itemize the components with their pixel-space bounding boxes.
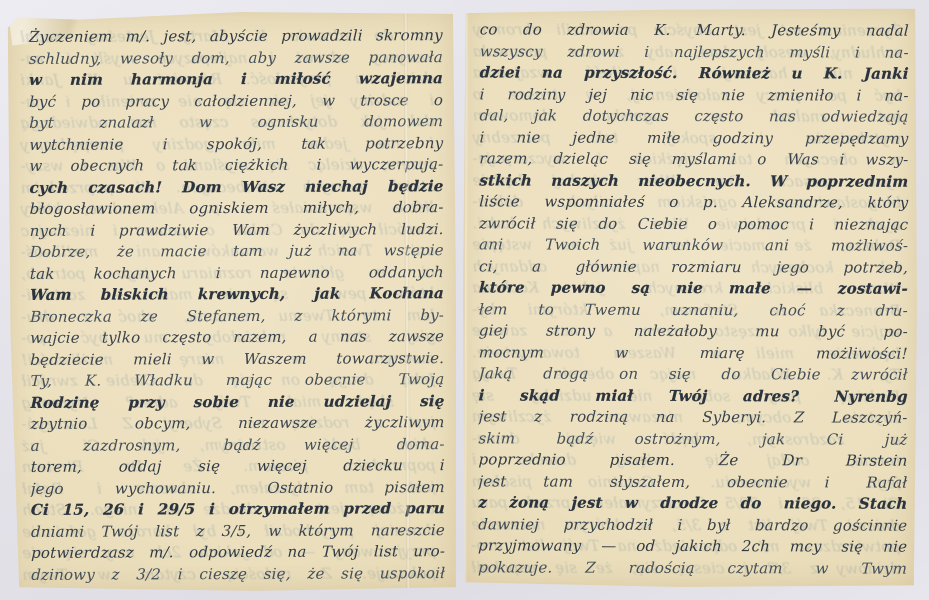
handwriting-line: potwierdzasz m/. odpowiedź na Twój list … bbox=[31, 541, 446, 564]
handwriting-line: Broneczka ze Stefanem, z którymi by- bbox=[30, 305, 445, 328]
handwriting-line: ani Twoich warunków ani możliwoś- bbox=[479, 234, 909, 257]
handwriting-line: łem to Twemu uznaniu, choć z dru- bbox=[479, 299, 909, 322]
handwriting-line: jest tam słyszałem, obecnie i Rafał bbox=[478, 471, 908, 494]
handwriting-line: w nim harmonja i miłość wzajemna bbox=[29, 68, 444, 91]
handwriting-line: zwrócił się do Ciebie o pomoc i nieznają… bbox=[479, 213, 909, 236]
handwriting-line: błogosławionem ogniskiem miłych, dobra- bbox=[29, 197, 444, 220]
handwriting-line: Ci 15, 26 i 29/5 i otrzymałem przed paru bbox=[31, 498, 446, 521]
handwriting-line: byt znalazł w ognisku domowem bbox=[29, 111, 444, 134]
handwriting-page-1: Życzeniem m/. jest, abyście prowadzili s… bbox=[8, 11, 458, 592]
letter-page-2: Życzeniem m/. jest, abyście prowadzili s… bbox=[462, 7, 918, 587]
handwriting-page-2: co do zdrowia K. Marty. Jesteśmy nadalws… bbox=[462, 7, 918, 587]
handwriting-line: dniami Twój list z 3/5, w którym nareszc… bbox=[31, 520, 446, 543]
handwriting-line: tak kochanych i napewno oddanych bbox=[30, 262, 445, 285]
handwriting-line: wajcie tylko często razem, a nas zawsze bbox=[30, 326, 445, 349]
handwriting-line: i skąd miał Twój adres? Nyrenbg bbox=[478, 385, 908, 408]
handwriting-line: wytchnienie i spokój, tak potrzebny bbox=[29, 133, 444, 156]
handwriting-line: dal, jak dotychczas często nas odwiedzaj… bbox=[479, 105, 909, 128]
handwriting-line: i nie jedne miłe godziny przepędzamy bbox=[479, 127, 909, 150]
handwriting-line: poprzednio pisałem. Że Dr Birstein bbox=[478, 449, 908, 472]
handwriting-line: być po pracy całodziennej, w trosce o bbox=[29, 90, 444, 113]
handwriting-line: dzinowy z 3/2 i cieszę się, że się uspok… bbox=[31, 563, 446, 586]
handwriting-line: Rodzinę przy sobie nie udzielaj się bbox=[30, 391, 445, 414]
handwriting-line: nych i prawdziwie Wam życzliwych ludzi. bbox=[29, 219, 444, 242]
handwriting-line: a zazdrosnym, bądź więcej doma- bbox=[30, 434, 445, 457]
handwriting-line: torem, oddaj się więcej dziecku i bbox=[30, 455, 445, 478]
handwriting-line: Dobrze, że macie tam już na wstępie bbox=[29, 240, 444, 263]
handwriting-line: skim bądź ostrożnym, jak Ci już bbox=[478, 428, 908, 451]
handwriting-line: liście wspomniałeś o p. Aleksandrze, któ… bbox=[479, 191, 909, 214]
handwriting-line: z żoną jest w drodze do niego. Stach bbox=[478, 492, 908, 515]
handwriting-line: będziecie mieli w Waszem towarzystwie. bbox=[30, 348, 445, 371]
handwriting-line: i rodziny jej nic się nie zmieniło i na- bbox=[479, 84, 909, 107]
handwriting-line: Wam bliskich krewnych, jak Kochana bbox=[30, 283, 445, 306]
letter-scan: co do zdrowia K. Marty. Jesteśmy nadalws… bbox=[0, 0, 929, 600]
handwriting-line: stkich naszych nieobecnych. W poprzednim bbox=[479, 170, 909, 193]
handwriting-line: co do zdrowia K. Marty. Jesteśmy nadal bbox=[479, 19, 909, 42]
letter-page-1: co do zdrowia K. Marty. Jesteśmy nadalws… bbox=[8, 11, 458, 592]
handwriting-line: ci, a głównie rozmiaru jego potrzeb, bbox=[479, 256, 909, 279]
handwriting-line: jego wychowaniu. Ostatnio pisałem bbox=[30, 477, 445, 500]
handwriting-line: Życzeniem m/. jest, abyście prowadzili s… bbox=[29, 25, 444, 48]
handwriting-line: pokazuje. Z radością czytam w Twym bbox=[478, 557, 908, 580]
handwriting-line: zbytnio obcym, niezawsze życzliwym bbox=[30, 412, 445, 435]
handwriting-line: przyjmowany — od jakich 2ch mcy się nie bbox=[478, 535, 908, 558]
handwriting-line: mocnym w miarę możliwości! bbox=[478, 342, 908, 365]
handwriting-line: które pewno są nie małe — zostawi- bbox=[479, 277, 909, 300]
handwriting-line: dawniej przychodził i był bardzo gościnn… bbox=[478, 514, 908, 537]
handwriting-line: wszyscy zdrowi i najlepszych myśli i na- bbox=[479, 41, 909, 64]
handwriting-line: schludny, wesoły dom, aby zawsze panował… bbox=[29, 47, 444, 70]
handwriting-line: Ty, K. Władku mając obecnie Twoją bbox=[30, 369, 445, 392]
handwriting-line: razem, dzieląc się myślami o Was i wszy- bbox=[479, 148, 909, 171]
handwriting-line: dziei na przyszłość. Również u K. Janki bbox=[479, 62, 909, 85]
handwriting-line: giej strony należałoby mu być po- bbox=[478, 320, 908, 343]
handwriting-line: cych czasach! Dom Wasz niechaj będzie bbox=[29, 176, 444, 199]
handwriting-line: Jaką drogą on się do Ciebie zwrócił bbox=[478, 363, 908, 386]
handwriting-line: w obecnych tak ciężkich i wyczerpują- bbox=[29, 154, 444, 177]
handwriting-line: jest z rodziną na Syberyi. Z Leszczyń- bbox=[478, 406, 908, 429]
